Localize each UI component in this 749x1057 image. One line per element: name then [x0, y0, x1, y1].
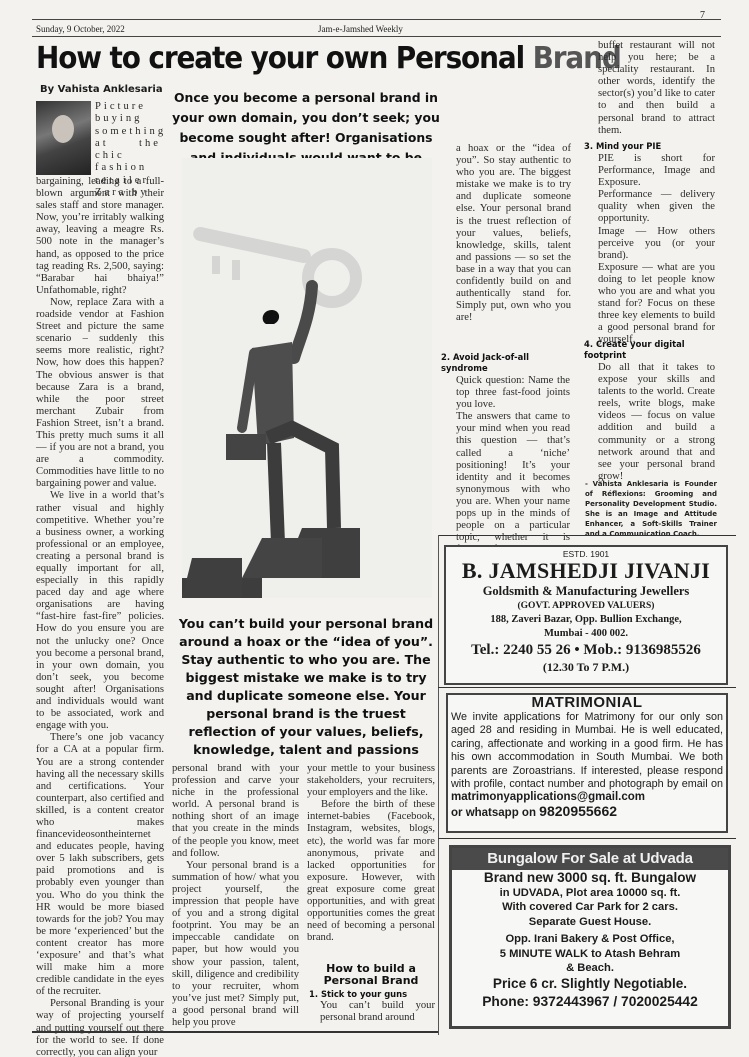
header-top-rule	[32, 19, 721, 20]
matrimonial-whatsapp: 9820955662	[539, 803, 617, 819]
column-2b: your mettle to your business stakeholder…	[307, 763, 435, 944]
paragraph: Your personal brand is a summation of ho…	[172, 860, 299, 1029]
item-3-title: 3. Mind your PIE	[584, 141, 714, 152]
jeweller-address-1: 188, Zaveri Bazar, Opp. Bullion Exchange…	[446, 613, 726, 627]
ad-top-rule	[438, 535, 736, 536]
header-bottom-rule	[32, 36, 721, 37]
author-bio: - Vahista Anklesaria is Founder of Réfle…	[585, 479, 717, 539]
item-4-title: 4. Create your digital footprint	[584, 339, 714, 361]
paragraph: We live in a world that’s rather visual …	[36, 490, 164, 732]
article-headline: How to create your own Personal Brand	[36, 41, 538, 76]
matrimonial-email: matrimonyapplications@gmail.com	[451, 791, 645, 803]
matrimonial-ad: MATRIMONIAL We invite applications for M…	[446, 693, 728, 833]
page-number: 7	[700, 10, 705, 21]
jeweller-address-2: Mumbai - 400 002.	[446, 627, 726, 641]
item-1-body-start: You can’t build your personal brand arou…	[320, 1000, 435, 1024]
jeweller-phones: Tel.: 2240 55 26 • Mob.: 9136985526	[446, 641, 726, 660]
bungalow-title: Bungalow For Sale at Udvada	[452, 848, 728, 870]
illustration-icon	[182, 158, 432, 598]
item-4-body: Do all that it takes to expose your skil…	[598, 362, 715, 483]
how-to-heading: How to build a Personal Brand	[307, 963, 435, 987]
pull-quote-bottom: You can’t build your personal brand arou…	[172, 615, 440, 759]
paragraph: personal brand with your profession and …	[172, 763, 299, 860]
item-1-title: 1. Stick to your guns	[309, 989, 435, 1000]
jeweller-ad: ESTD. 1901 B. JAMSHEDJI JIVANJI Goldsmit…	[444, 545, 728, 685]
matrimonial-title: MATRIMONIAL	[448, 695, 726, 711]
bottom-rule	[32, 1031, 438, 1033]
column-1: bargaining, leading to a full-blown argu…	[36, 176, 164, 1057]
jeweller-tagline: Goldsmith & Manufacturing Jewellers	[446, 583, 726, 599]
jeweller-note: (GOVT. APPROVED VALUERS)	[446, 599, 726, 613]
paragraph: There’s one job vacancy for a CA at a po…	[36, 732, 164, 998]
byline: By Vahista Anklesaria	[40, 84, 163, 95]
item-3-body: PIE is short for Performance, Image and …	[598, 153, 715, 347]
author-photo	[36, 101, 91, 175]
ad-divider-2	[438, 838, 736, 839]
bungalow-phone: Phone: 9372443967 / 7020025442	[452, 992, 728, 1011]
paragraph: bargaining, leading to a full-blown argu…	[36, 176, 164, 297]
paragraph: Now, replace Zara with a roadside vendor…	[36, 297, 164, 491]
bungalow-ad: Bungalow For Sale at Udvada Brand new 30…	[449, 845, 731, 1029]
paragraph: Before the birth of these internet-babie…	[307, 799, 435, 944]
ad-divider-1	[438, 687, 736, 688]
ad-left-rule	[438, 535, 439, 1035]
item-1-body-cont: a hoax or the “idea of you”. So stay aut…	[456, 143, 571, 324]
jeweller-hours: (12.30 To 7 P.M.)	[446, 660, 726, 675]
issue-date: Sunday, 9 October, 2022	[36, 24, 125, 34]
publication-name: Jam-e-Jamshed Weekly	[318, 24, 403, 34]
bungalow-price: Price 6 cr. Slightly Negotiable.	[452, 975, 728, 992]
paragraph: your mettle to your business stakeholder…	[307, 763, 435, 799]
paragraph: Personal Branding is your way of project…	[36, 998, 164, 1057]
jeweller-name: B. JAMSHEDJI JIVANJI	[446, 559, 726, 583]
matrimonial-body: We invite applications for Matrimony for…	[448, 711, 726, 820]
column-2a: personal brand with your profession and …	[172, 763, 299, 1029]
item-2-body-cont: buffet restaurant will not help you here…	[598, 40, 715, 137]
illustration-man-climbing-stairs-with-key	[182, 158, 432, 598]
headline-main-text: How to create your own Personal	[36, 41, 533, 76]
item-2-title: 2. Avoid Jack-of-all syndrome	[441, 352, 569, 374]
